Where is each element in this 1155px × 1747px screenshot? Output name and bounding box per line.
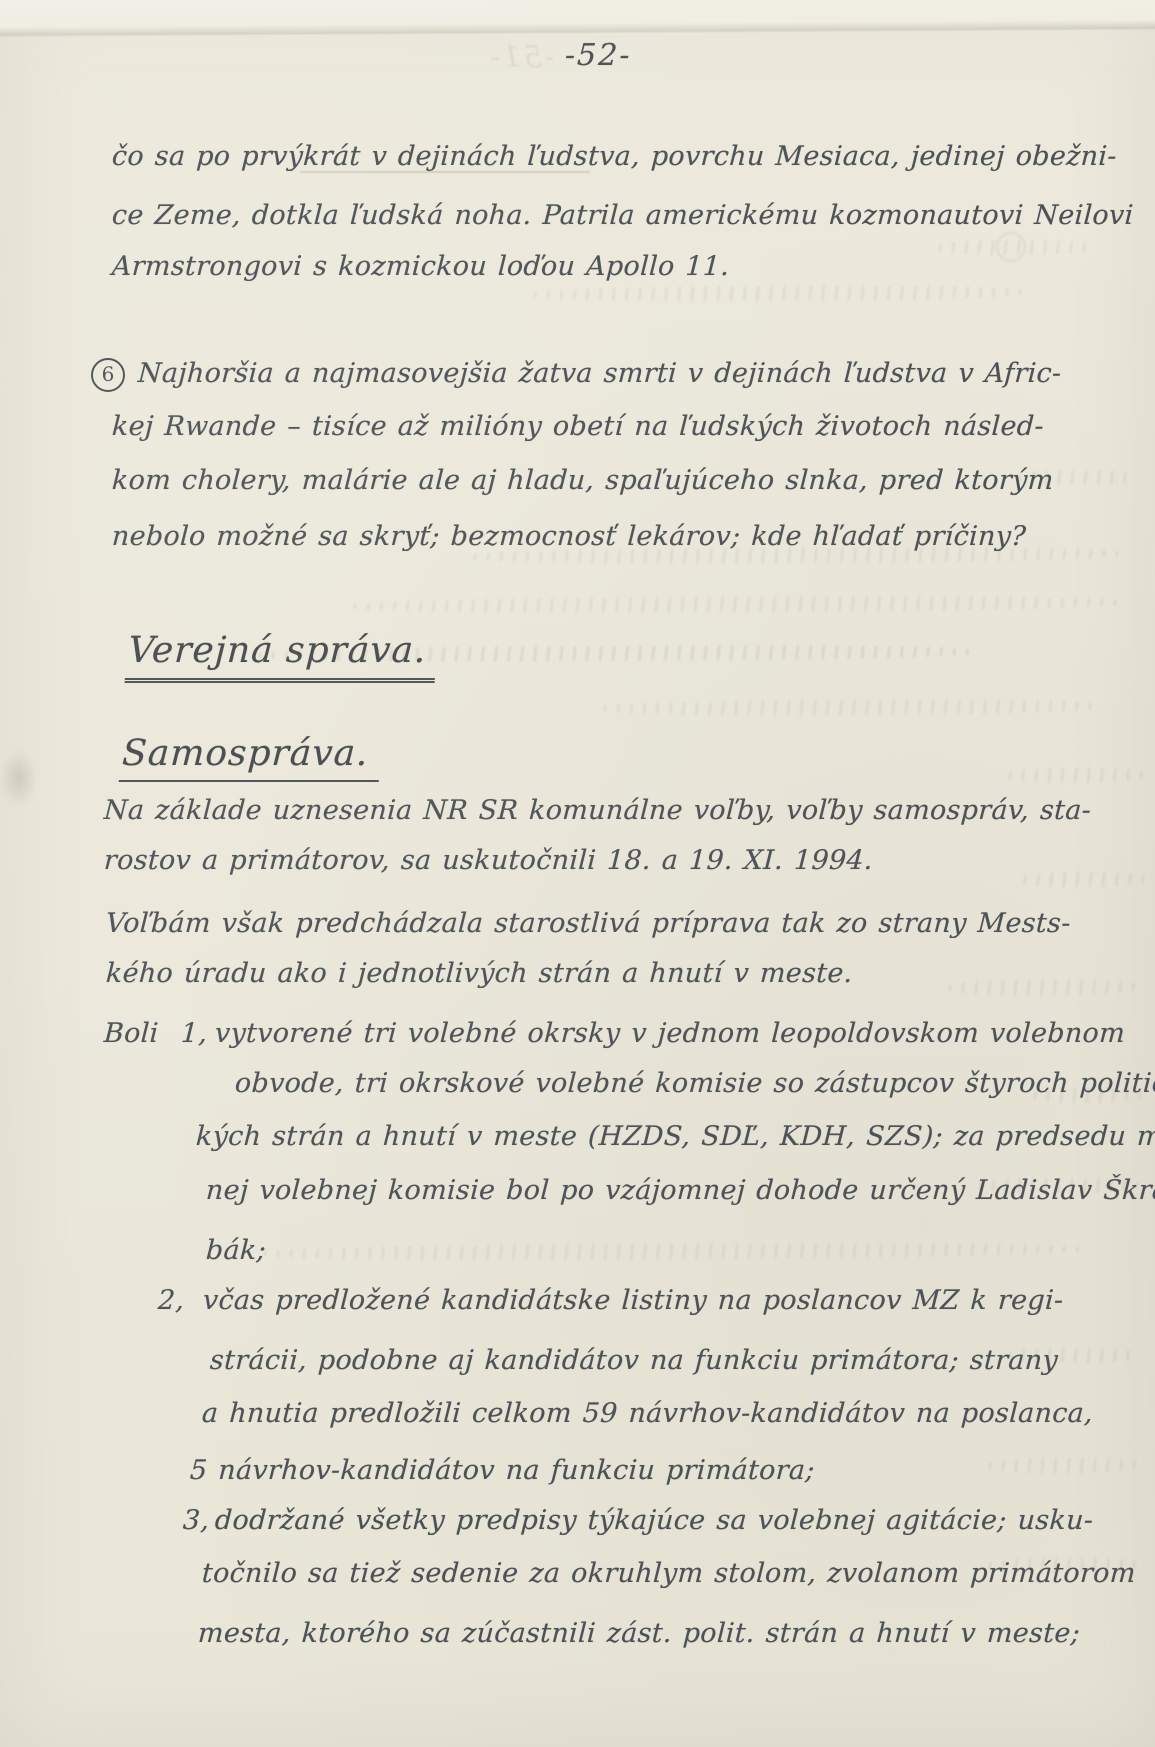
bleed-through-mark [1005, 768, 1145, 784]
bleed-through-mark [350, 595, 1120, 614]
list-intro-word: Boli [103, 1018, 159, 1049]
handwritten-line: Armstrongovi s kozmickou loďou Apollo 11… [111, 251, 730, 282]
margin-smudge [0, 748, 38, 808]
circled-item-number: 6 [91, 358, 125, 392]
bleed-through-mark [985, 1458, 1140, 1474]
handwritten-line: točnilo sa tiež sedenie za okruhlym stol… [201, 1558, 1136, 1589]
handwritten-line: kom cholery, malárie ale aj hladu, spaľu… [111, 465, 1054, 496]
item-marker: 1, [180, 1018, 208, 1049]
bleed-through-mark [600, 699, 1100, 717]
paper-crease [0, 0, 1155, 37]
section-heading-verejna-sprava: Verejná správa. [125, 630, 438, 683]
handwritten-line: mesta, ktorého sa zúčastnili zást. polit… [197, 1618, 1081, 1649]
page-number: -52- [564, 38, 632, 73]
handwritten-line: ce Zeme, dotkla ľudská noha. Patrila ame… [111, 200, 1134, 231]
bleed-through-mark [260, 1242, 1080, 1261]
handwritten-line: Na základe uznesenia NR SR komunálne voľ… [103, 795, 1092, 826]
scanned-page: -51- -52- čo sa po prvýkrát v dejinách ľ… [0, 0, 1155, 1747]
heading-text: Samospráva. [119, 733, 382, 782]
handwritten-line: bák; [205, 1235, 267, 1266]
bleed-through-mark [945, 979, 1140, 995]
bleed-through-page-number: -51- [488, 40, 554, 75]
handwritten-line: vytvorené tri volebné okrsky v jednom le… [214, 1018, 1126, 1049]
handwritten-line: dodržané všetky predpisy týkajúce sa vol… [214, 1505, 1094, 1536]
handwritten-line: nebolo možné sa skryť; bezmocnosť lekáro… [111, 521, 1027, 552]
item-marker: 2, [157, 1285, 185, 1316]
handwritten-line: rostov a primátorov, sa uskutočnili 18. … [103, 845, 873, 876]
section-heading-samosprava: Samospráva. [119, 733, 382, 782]
heading-text: Verejná správa. [125, 630, 438, 683]
handwritten-line: kej Rwande – tisíce až milióny obetí na … [111, 411, 1044, 442]
handwritten-line: strácii, podobne aj kandidátov na funkci… [209, 1345, 1059, 1376]
bleed-through-mark [996, 232, 1026, 262]
handwritten-line: kých strán a hnutí v meste (HZDS, SDĽ, K… [195, 1121, 1155, 1152]
handwritten-line: včas predložené kandidátske listiny na p… [202, 1285, 1064, 1316]
bleed-through-mark [1020, 872, 1145, 888]
handwritten-line: kého úradu ako i jednotlivých strán a hn… [105, 958, 853, 989]
handwritten-line: Voľbám však predchádzala starostlivá prí… [105, 908, 1071, 939]
handwritten-line: obvode, tri okrskové volebné komisie so … [234, 1068, 1155, 1099]
handwritten-line: čo sa po prvýkrát v dejinách ľudstva, po… [111, 141, 1117, 172]
handwritten-line: Najhoršia a najmasovejšia žatva smrti v … [137, 358, 1062, 389]
bleed-through-mark [530, 285, 1030, 303]
handwritten-line: nej volebnej komisie bol po vzájomnej do… [205, 1175, 1155, 1206]
item-marker: 3, [182, 1505, 210, 1536]
handwritten-line: 5 návrhov-kandidátov na funkciu primátor… [189, 1455, 815, 1486]
handwritten-line: a hnutia predložili celkom 59 návrhov-ka… [201, 1398, 1094, 1429]
